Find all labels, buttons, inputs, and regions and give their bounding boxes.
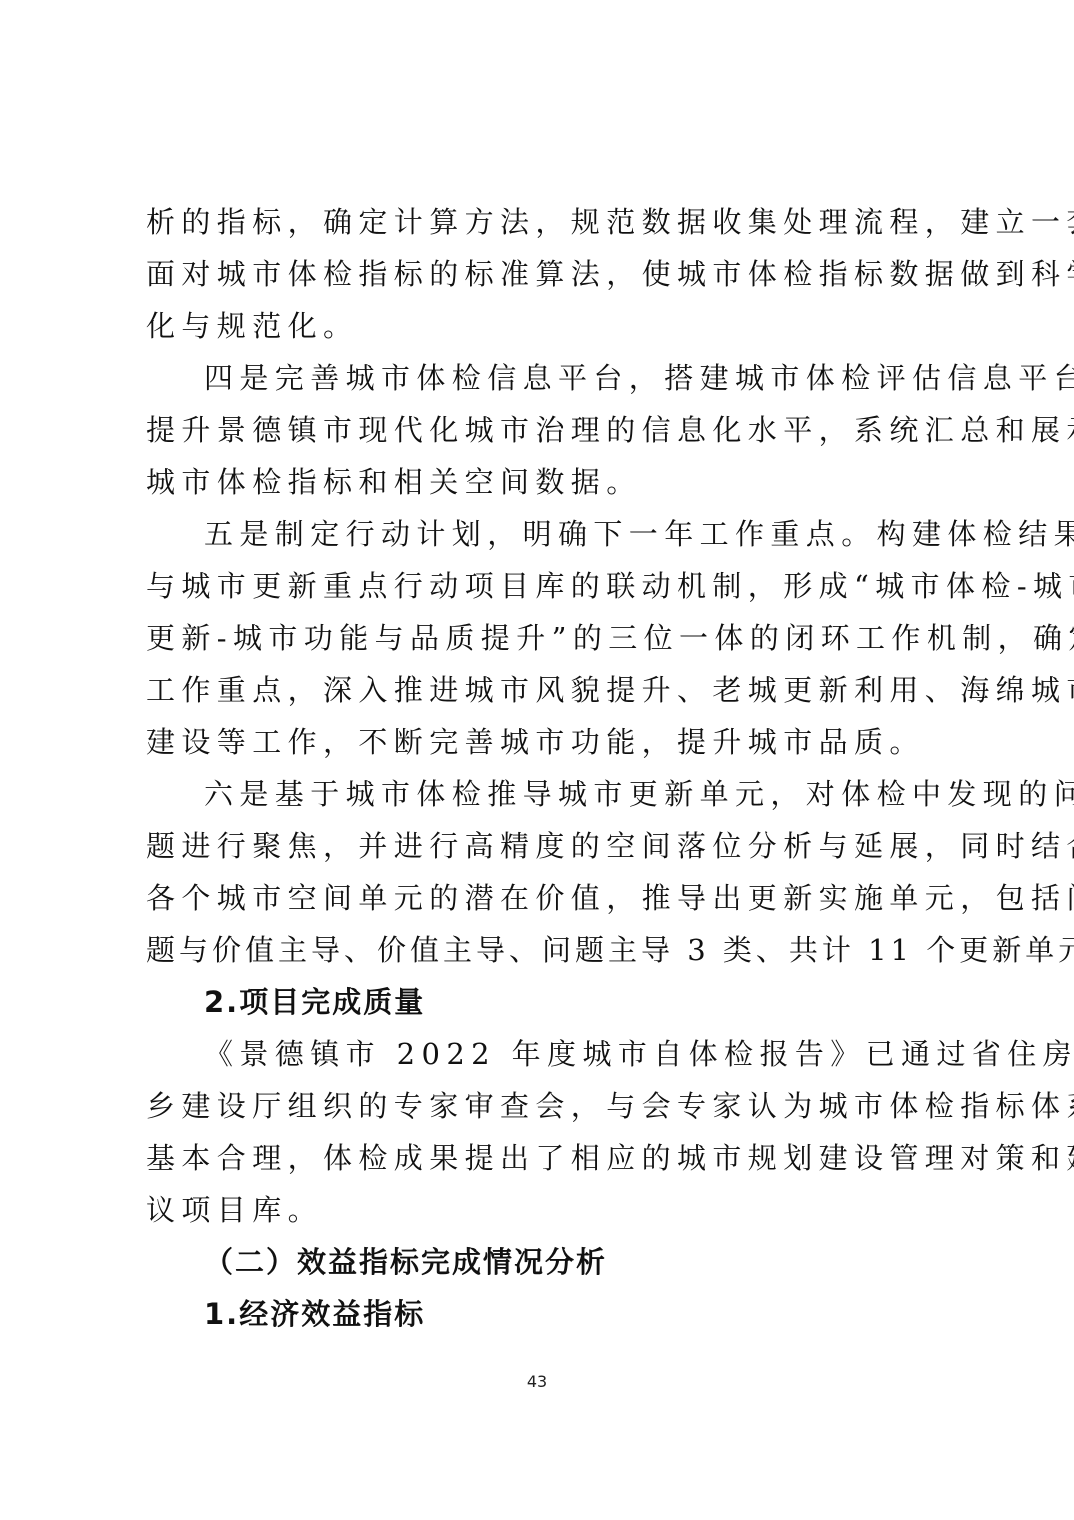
text-line: 六是基于城市体检推导城市更新单元，对体检中发现的问 [146,768,936,820]
paragraph-project-quality: 《景德镇市 2022 年度城市自体检报告》已通过省住房和城 乡建设厅组织的专家审… [146,1028,936,1236]
text-line: 题与价值主导、价值主导、问题主导 3 类、共计 11 个更新单元。 [146,924,936,976]
section-heading-benefit-analysis: （二）效益指标完成情况分析 [146,1236,936,1288]
text-line: 基本合理，体检成果提出了相应的城市规划建设管理对策和建 [146,1132,936,1184]
paragraph-renewal-units: 六是基于城市体检推导城市更新单元，对体检中发现的问 题进行聚焦，并进行高精度的空… [146,768,936,976]
text-line: 各个城市空间单元的潜在价值，推导出更新实施单元，包括问 [146,872,936,924]
text-line: 五是制定行动计划，明确下一年工作重点。构建体检结果 [146,508,936,560]
text-line: 更新-城市功能与品质提升”的三位一体的闭环工作机制，确定 [146,612,936,664]
document-page: 析的指标，确定计算方法，规范数据收集处理流程，建立一套 面对城市体检指标的标准算… [0,0,1074,1520]
page-number: 43 [0,1372,1074,1391]
page-content: 析的指标，确定计算方法，规范数据收集处理流程，建立一套 面对城市体检指标的标准算… [146,196,936,1340]
text-line: 四是完善城市体检信息平台，搭建城市体检评估信息平台， [146,352,936,404]
text-line: 《景德镇市 2022 年度城市自体检报告》已通过省住房和城 [146,1028,936,1080]
section-heading-economic-benefit: 1.经济效益指标 [146,1288,936,1340]
text-line: 城市体检指标和相关空间数据。 [146,456,936,508]
text-line: 化与规范化。 [146,300,936,352]
text-line: 工作重点，深入推进城市风貌提升、老城更新利用、海绵城市 [146,664,936,716]
text-line: 题进行聚焦，并进行高精度的空间落位分析与延展，同时结合 [146,820,936,872]
paragraph-standard-algorithm: 析的指标，确定计算方法，规范数据收集处理流程，建立一套 面对城市体检指标的标准算… [146,196,936,352]
text-line: 与城市更新重点行动项目库的联动机制，形成“城市体检-城市 [146,560,936,612]
section-heading-project-quality: 2.项目完成质量 [146,976,936,1028]
text-line: 析的指标，确定计算方法，规范数据收集处理流程，建立一套 [146,196,936,248]
text-line: 乡建设厅组织的专家审查会，与会专家认为城市体检指标体系 [146,1080,936,1132]
text-line: 面对城市体检指标的标准算法，使城市体检指标数据做到科学 [146,248,936,300]
paragraph-action-plan: 五是制定行动计划，明确下一年工作重点。构建体检结果 与城市更新重点行动项目库的联… [146,508,936,768]
paragraph-info-platform: 四是完善城市体检信息平台，搭建城市体检评估信息平台， 提升景德镇市现代化城市治理… [146,352,936,508]
text-line: 建设等工作，不断完善城市功能，提升城市品质。 [146,716,936,768]
text-line: 议项目库。 [146,1184,936,1236]
text-line: 提升景德镇市现代化城市治理的信息化水平，系统汇总和展示 [146,404,936,456]
